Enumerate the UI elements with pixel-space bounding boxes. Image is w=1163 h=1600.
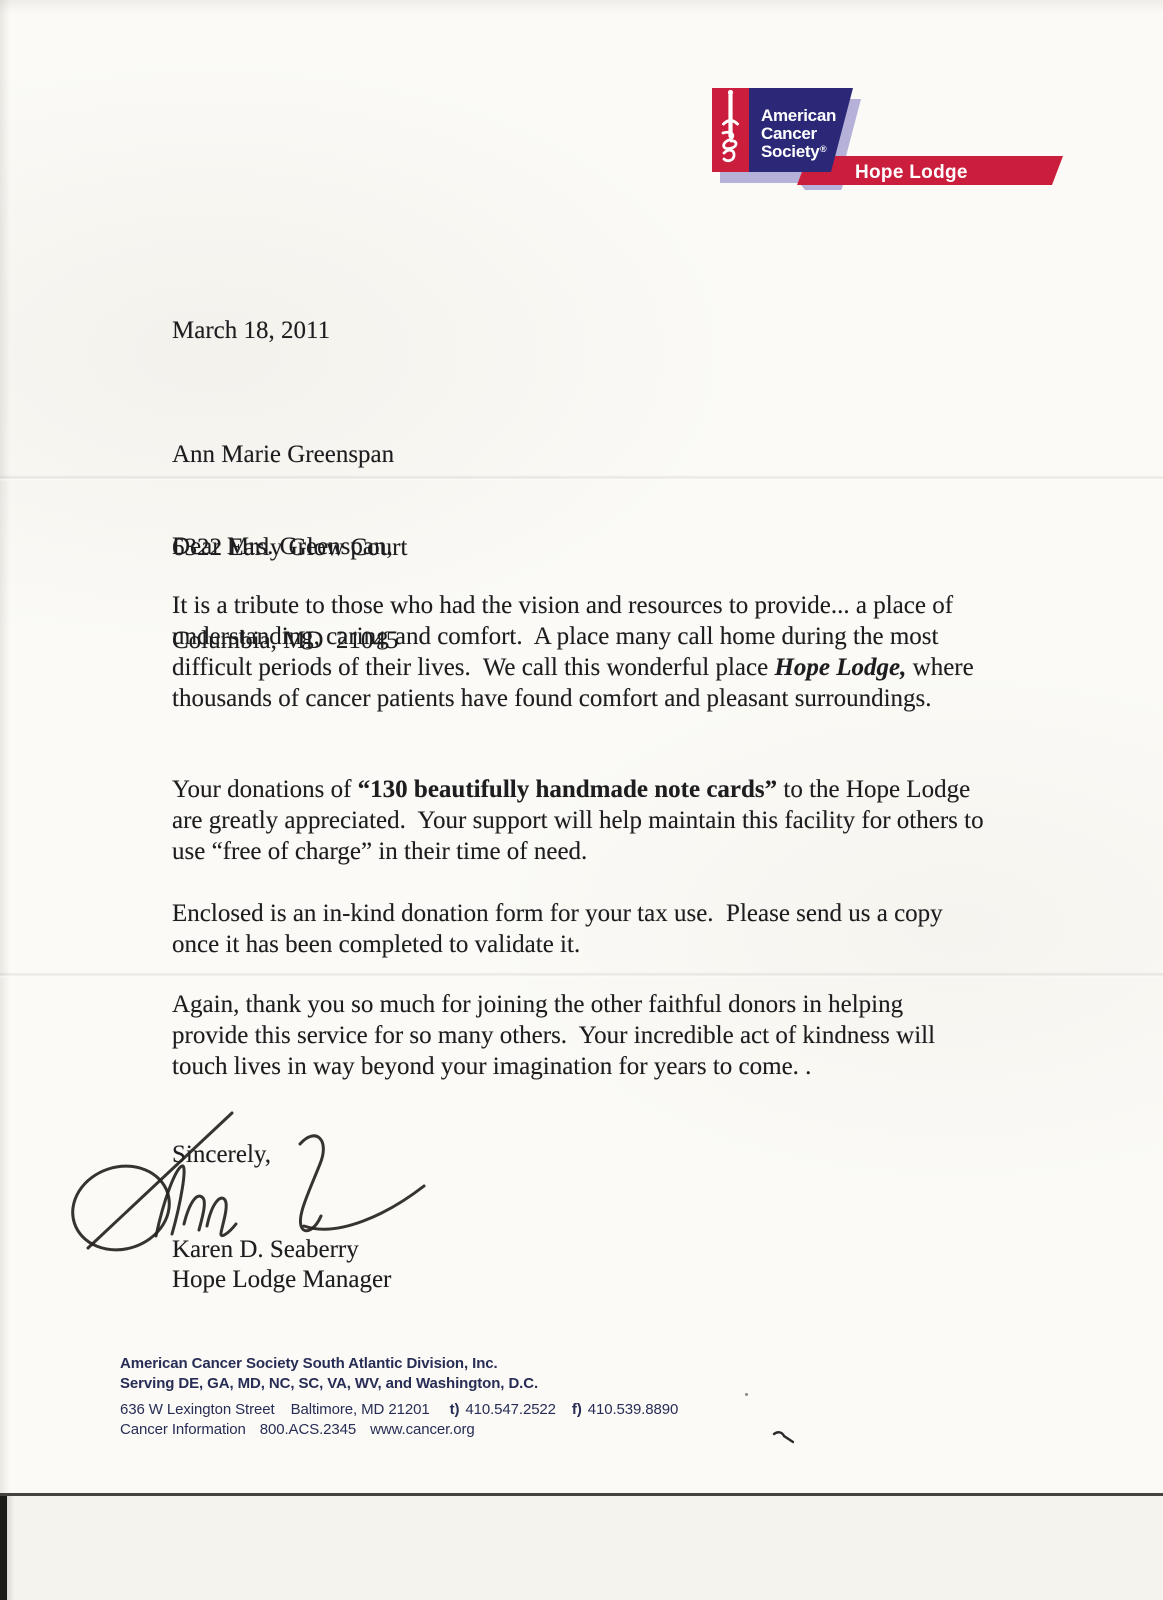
footer-phone-label: t) bbox=[450, 1401, 460, 1418]
footer-city: Baltimore, MD 21201 bbox=[291, 1401, 430, 1418]
fold-crease-bottom bbox=[0, 972, 1163, 978]
signer-title: Hope Lodge Manager bbox=[172, 1264, 391, 1295]
recipient-name: Ann Marie Greenspan bbox=[172, 439, 407, 470]
logo-text-american: American bbox=[761, 106, 836, 125]
acs-hope-lodge-logo: American Cancer Society ® Hope Lodge bbox=[693, 84, 1065, 190]
signature-letter bbox=[300, 1136, 323, 1231]
pen-mark bbox=[772, 1430, 796, 1444]
footer-phone-number: 410.547.2522 bbox=[465, 1401, 556, 1418]
registered-trademark-mark: ® bbox=[820, 144, 827, 154]
footer-fax-label: f) bbox=[572, 1401, 582, 1418]
logo-text-society: Society bbox=[761, 142, 820, 161]
footer-serving-line: Serving DE, GA, MD, NC, SC, VA, WV, and … bbox=[120, 1374, 678, 1394]
paragraph-donation-text: Your donations of bbox=[172, 776, 358, 803]
signature-tail bbox=[304, 1186, 424, 1229]
signer-name: Karen D. Seaberry bbox=[172, 1234, 359, 1265]
footer-info-line: Cancer Information800.ACS.2345www.cancer… bbox=[120, 1420, 678, 1440]
footer-cancer-info-label: Cancer Information bbox=[120, 1421, 246, 1438]
hope-lodge-banner-label: Hope Lodge bbox=[855, 162, 968, 183]
letter-date: March 18, 2011 bbox=[172, 315, 330, 346]
footer-street: 636 W Lexington Street bbox=[120, 1401, 275, 1418]
signature-letter bbox=[184, 1196, 204, 1230]
banner-shadow-shape bbox=[801, 185, 843, 190]
footer-letterhead: American Cancer Society South Atlantic D… bbox=[120, 1354, 678, 1440]
signature-letter bbox=[207, 1198, 236, 1236]
salutation: Dear Mrs. Greenspan, bbox=[172, 531, 393, 562]
scan-speck bbox=[745, 1393, 748, 1396]
paragraph-enclosed-form: Enclosed is an in-kind donation form for… bbox=[172, 898, 984, 960]
second-sheet bbox=[0, 1496, 1163, 1600]
hope-lodge-emphasis: Hope Lodge, bbox=[774, 654, 906, 681]
footer-org-name: American Cancer Society South Atlantic D… bbox=[120, 1354, 678, 1374]
footer-info-phone: 800.ACS.2345 bbox=[260, 1421, 356, 1438]
footer-fax-number: 410.539.8890 bbox=[588, 1401, 679, 1418]
scanned-letter-page: American Cancer Society ® Hope Lodge Mar… bbox=[0, 0, 1163, 1600]
scanner-edge-shadow bbox=[0, 1496, 7, 1600]
paragraph-donation: Your donations of “130 beautifully handm… bbox=[172, 774, 984, 867]
footer-website: www.cancer.org bbox=[370, 1421, 474, 1438]
logo-text-cancer: Cancer bbox=[761, 124, 818, 143]
paragraph-tribute: It is a tribute to those who had the vis… bbox=[172, 590, 984, 714]
paragraph-thank-you: Again, thank you so much for joining the… bbox=[172, 989, 984, 1082]
donation-item-emphasis: “130 beautifully handmade note cards” bbox=[358, 776, 777, 803]
footer-contact-line: 636 W Lexington StreetBaltimore, MD 2120… bbox=[120, 1400, 678, 1420]
